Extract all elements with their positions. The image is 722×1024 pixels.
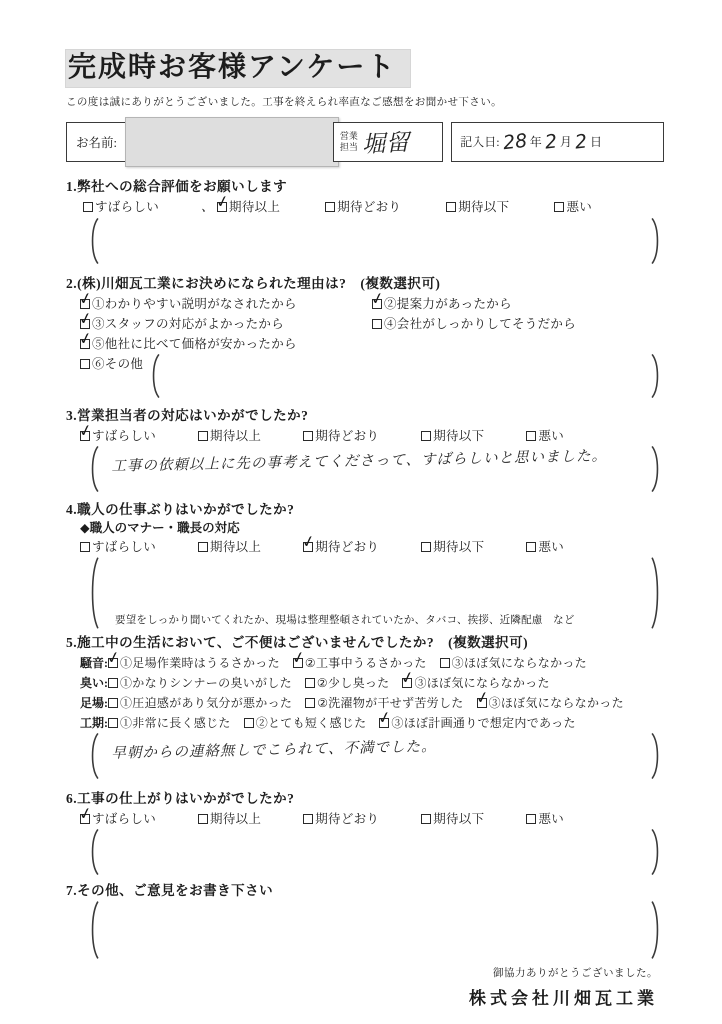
checkbox[interactable] [198, 814, 208, 824]
comment-area[interactable]: 早朝からの連絡無しでこられて、不満でした。 [88, 733, 662, 779]
checkbox[interactable] [325, 202, 335, 212]
checkbox[interactable]: ✓ [402, 678, 412, 688]
open-paren [149, 354, 160, 398]
question-3: 3.営業担当者の対応はいかがでしたか? ✓すばらしい 期待以上 期待どおり 期待… [66, 406, 664, 492]
survey-option[interactable]: すばらしい [80, 537, 156, 557]
question-title: 1.弊社への総合評価をお願いします [66, 177, 664, 197]
survey-option[interactable]: ✓①足場作業時はうるさかった [108, 656, 280, 670]
survey-option[interactable]: ✓すばらしい [80, 809, 156, 829]
company-name: 株式会社川畑瓦工業 [66, 984, 658, 1009]
comment-area[interactable]: 工事の依頼以上に先の事考えてくださって、すばらしいと思いました。 [88, 446, 662, 492]
checkbox[interactable] [303, 431, 313, 441]
noise-row: 騒音:✓①足場作業時はうるさかった✓②工事中うるさかった③ほぼ気にならなかった [66, 653, 664, 673]
checkbox[interactable]: ✓ [80, 814, 90, 824]
close-paren [651, 446, 662, 492]
question-2: 2.(株)川畑瓦工業にお決めになられた理由は? (複数選択可) ✓①わかりやすい… [66, 274, 664, 398]
option-label: ③ほぼ気にならなかった [489, 696, 624, 710]
checkbox[interactable]: ✓ [477, 698, 487, 708]
checkbox[interactable]: ✓ [108, 658, 118, 668]
checkbox[interactable] [244, 718, 254, 728]
date-year-value: 28 [502, 130, 528, 154]
question-title: 2.(株)川畑瓦工業にお決めになられた理由は? (複数選択可) [66, 274, 664, 294]
date-year-unit: 年 [530, 133, 542, 150]
checkbox[interactable]: ✓ [80, 339, 90, 349]
survey-option[interactable]: ✓③ほぼ気にならなかった [402, 676, 549, 690]
open-paren [88, 446, 99, 492]
option-label: すばらしい [92, 429, 156, 443]
question-1: 1.弊社への総合評価をお願いします すばらしい 、✓期待以上 期待どおり 期待以… [66, 177, 664, 264]
question-7: 7.その他、ご意見をお書き下さい [66, 881, 664, 959]
checkbox[interactable] [80, 359, 90, 369]
checkbox[interactable] [108, 718, 118, 728]
checkbox[interactable] [83, 202, 93, 212]
checkbox[interactable]: ✓ [217, 202, 227, 212]
question-6: 6.工事の仕上がりはいかがでしたか? ✓すばらしい 期待以上 期待どおり 期待以… [66, 789, 664, 875]
open-paren [88, 218, 99, 264]
checkbox[interactable] [198, 431, 208, 441]
checkbox[interactable] [303, 814, 313, 824]
survey-option[interactable]: ①かなりシンナーの臭いがした [108, 676, 292, 690]
close-paren [651, 354, 662, 398]
category-label: 足場: [80, 696, 108, 710]
comment-area[interactable] [149, 354, 662, 398]
footer: 御協力ありがとうございました。 株式会社川畑瓦工業 [66, 965, 664, 1009]
option-label: 期待以上 [229, 200, 280, 214]
date-field[interactable]: 記入日: 28 年 2 月 2 日 [451, 122, 664, 162]
open-paren [88, 733, 99, 779]
checkbox[interactable] [198, 542, 208, 552]
comment-area[interactable] [88, 218, 662, 264]
open-paren [88, 901, 99, 959]
sales-rep-label: 営業 担当 [340, 131, 358, 152]
option-label: ③ほぼ気にならなかった [452, 656, 587, 670]
open-paren [88, 829, 99, 875]
comment-area[interactable] [88, 829, 662, 875]
date-month-value: 2 [544, 130, 558, 153]
survey-option[interactable]: ①非常に長く感じた [108, 716, 231, 730]
survey-option[interactable]: ⑥その他 [80, 354, 143, 374]
date-day-unit: 日 [590, 133, 602, 150]
survey-option[interactable]: ✓①わかりやすい説明がなされたから [80, 294, 372, 314]
option-label: ⑥その他 [92, 357, 143, 371]
name-label: お名前: [76, 133, 117, 151]
option-label: 期待以上 [210, 540, 261, 554]
stray-pen-mark: 、 [201, 200, 214, 215]
sales-rep-handwritten-name: 堀留 [361, 124, 411, 159]
question-subtitle: ◆職人のマナー・職長の対応 [66, 520, 664, 537]
option-label: ①かなりシンナーの臭いがした [120, 676, 292, 690]
option-label: ②提案力があったから [384, 297, 512, 311]
question-title: 5.施工中の生活において、ご不便はございませんでしたか? (複数選択可) [66, 633, 664, 653]
question-title: 4.職人の仕事ぶりはいかがでしたか? [66, 500, 664, 520]
comment-area[interactable] [88, 901, 662, 959]
thanks-note: 御協力ありがとうございました。 [66, 965, 658, 980]
name-field[interactable]: お名前: [66, 122, 330, 162]
checkbox[interactable] [108, 678, 118, 688]
survey-option[interactable]: ✓すばらしい [80, 426, 156, 446]
date-day-value: 2 [574, 130, 588, 153]
date-label: 記入日: [460, 133, 499, 150]
checkbox[interactable]: ✓ [80, 431, 90, 441]
question-title: 6.工事の仕上がりはいかがでしたか? [66, 789, 664, 809]
option-label: ③スタッフの対応がよかったから [92, 317, 284, 331]
option-label: ④会社がしっかりしてそうだから [384, 317, 576, 331]
survey-document: 完成時お客様アンケート この度は誠にありがとうございました。工事を終えられ率直な… [0, 0, 722, 1024]
survey-option[interactable]: ②少し臭った [305, 676, 390, 690]
option-label: ②少し臭った [317, 676, 390, 690]
survey-option[interactable]: ✓②提案力があったから [372, 294, 512, 314]
checkbox[interactable] [108, 698, 118, 708]
close-paren [651, 218, 662, 264]
option-label: 期待以上 [210, 812, 261, 826]
title-highlight: 完成時お客様アンケート [66, 50, 410, 87]
option-label: ①わかりやすい説明がなされたから [92, 297, 297, 311]
scaffold-row: 足場:①圧迫感があり気分が悪かった②洗濯物が干せず苦労した✓③ほぼ気にならなかっ… [66, 693, 664, 713]
option-label: すばらしい [92, 812, 156, 826]
smell-row: 臭い:①かなりシンナーの臭いがした②少し臭った✓③ほぼ気にならなかった [66, 673, 664, 693]
comment-hint-note: 要望をしっかり聞いてくれたか、現場は整理整頓されていたか、タバコ、挨拶、近隣配慮… [115, 612, 647, 627]
option-label: ①圧迫感があり気分が悪かった [120, 696, 292, 710]
category-label: 工期: [80, 716, 108, 730]
survey-option[interactable]: ①圧迫感があり気分が悪かった [108, 696, 292, 710]
checkbox[interactable]: ✓ [372, 299, 382, 309]
question-4: 4.職人の仕事ぶりはいかがでしたか? ◆職人のマナー・職長の対応 すばらしい 期… [66, 500, 664, 629]
close-paren [651, 557, 662, 629]
option-label: すばらしい [95, 200, 159, 214]
comment-area[interactable]: 要望をしっかり聞いてくれたか、現場は整理整頓されていたか、タバコ、挨拶、近隣配慮… [88, 557, 662, 629]
checkbox[interactable] [305, 698, 315, 708]
category-label: 騒音: [80, 656, 108, 670]
checkbox[interactable] [80, 542, 90, 552]
checkbox[interactable]: ✓ [293, 658, 303, 668]
document-subtitle: この度は誠にありがとうございました。工事を終えられ率直なご感想をお聞かせ下さい。 [66, 94, 664, 109]
survey-option[interactable]: すばらしい [80, 197, 159, 218]
checkbox[interactable] [305, 678, 315, 688]
option-label: ②洗濯物が干せず苦労した [317, 696, 463, 710]
close-paren [651, 829, 662, 875]
open-paren [88, 557, 99, 629]
check-mark: ✓ [474, 689, 490, 707]
option-label: ①足場作業時はうるさかった [120, 656, 280, 670]
question-title: 3.営業担当者の対応はいかがでしたか? [66, 406, 664, 426]
question-5: 5.施工中の生活において、ご不便はございませんでしたか? (複数選択可) 騒音:… [66, 633, 664, 779]
survey-option[interactable]: ✓③スタッフの対応がよかったから [80, 314, 372, 334]
header-fields: お名前: 営業 担当 堀留 記入日: 28 年 2 月 2 日 [66, 122, 664, 162]
survey-option[interactable]: ✓③ほぼ気にならなかった [477, 696, 624, 710]
category-label: 臭い: [80, 676, 108, 690]
survey-option[interactable]: ③ほぼ気にならなかった [440, 656, 587, 670]
checkbox[interactable] [372, 319, 382, 329]
option-label: すばらしい [92, 540, 156, 554]
close-paren [651, 901, 662, 959]
close-paren [651, 733, 662, 779]
name-redaction-box [125, 117, 339, 167]
date-month-unit: 月 [560, 133, 572, 150]
option-label: ①非常に長く感じた [120, 716, 231, 730]
survey-option[interactable]: ④会社がしっかりしてそうだから [372, 314, 576, 334]
option-label: ⑤他社に比べて価格が安かったから [92, 337, 297, 351]
sales-rep-field[interactable]: 営業 担当 堀留 [333, 122, 443, 162]
checkbox[interactable]: ✓ [303, 542, 313, 552]
checkbox[interactable] [440, 658, 450, 668]
document-title: 完成時お客様アンケート [68, 53, 396, 84]
option-label: 期待以上 [210, 429, 261, 443]
